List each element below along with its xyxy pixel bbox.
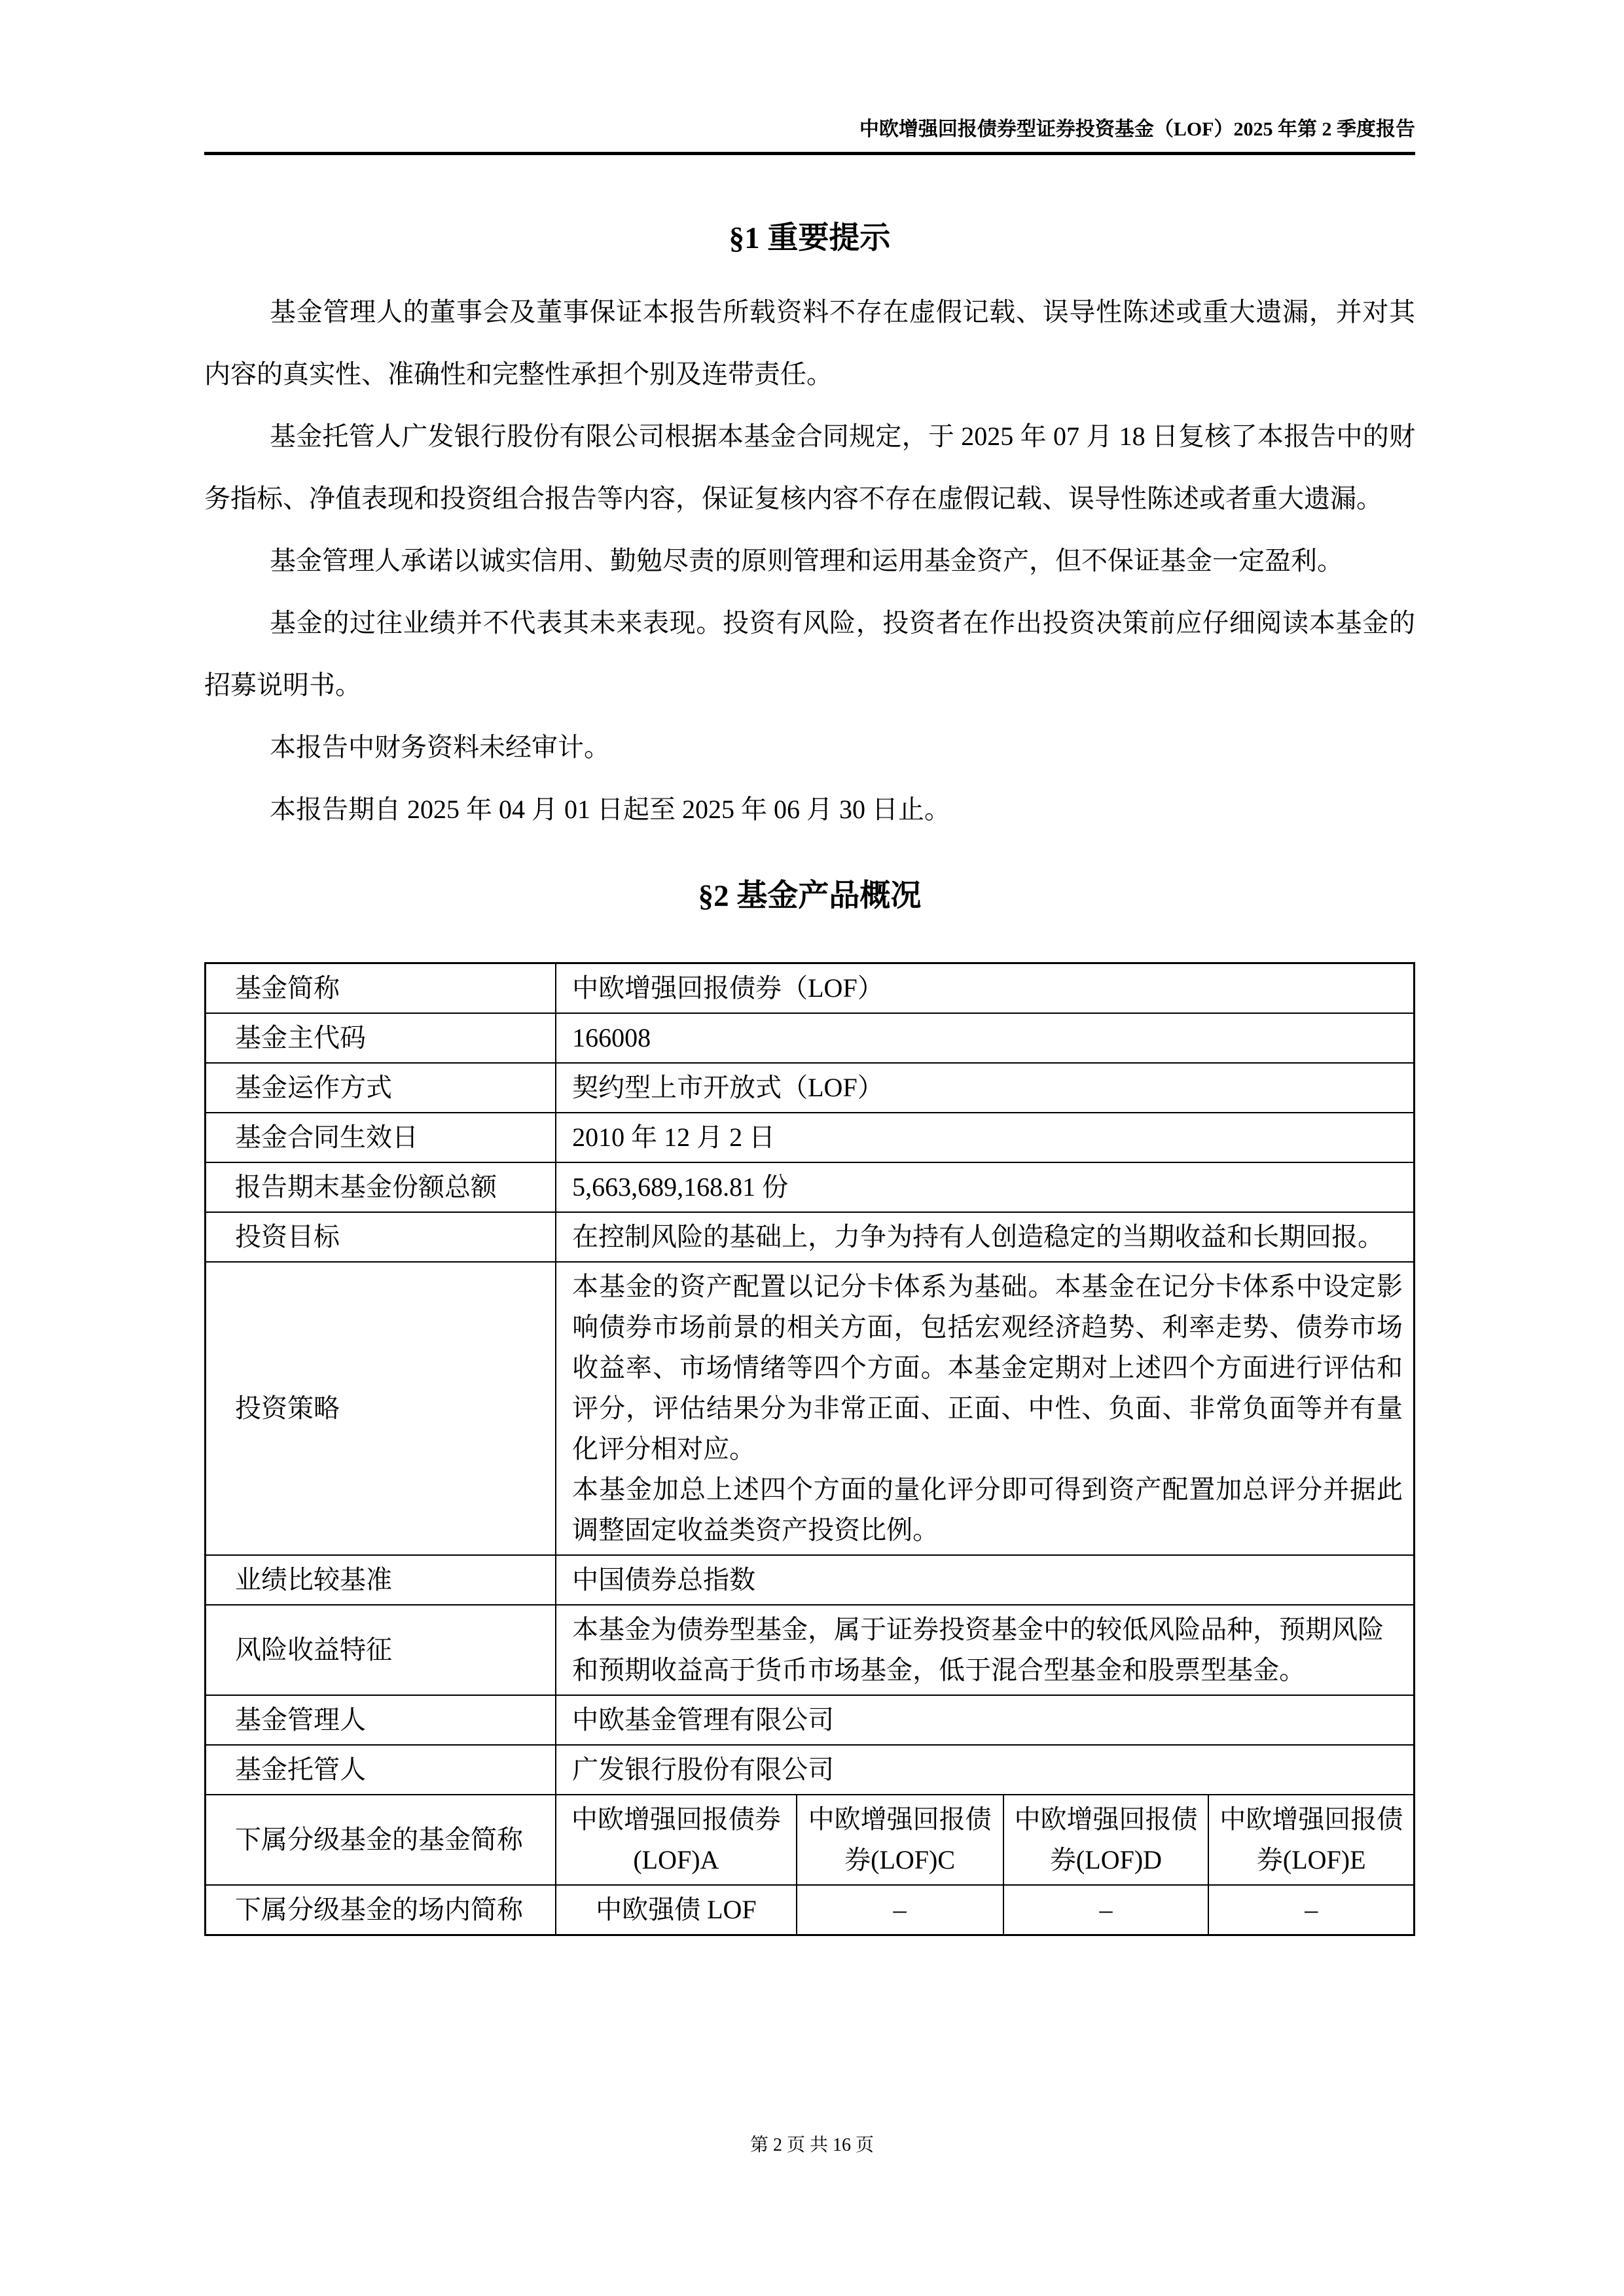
- row-label: 基金托管人: [206, 1745, 556, 1795]
- report-page: 中欧增强回报债券型证券投资基金（LOF）2025 年第 2 季度报告 §1 重要…: [0, 0, 1624, 2296]
- section2-title: §2 基金产品概况: [204, 877, 1415, 915]
- table-row: 基金主代码 166008: [206, 1013, 1415, 1063]
- sub-fund-name-cell: 中欧增强回报债券(LOF)E: [1208, 1795, 1414, 1885]
- row-label: 基金运作方式: [206, 1063, 556, 1113]
- row-value: 在控制风险的基础上，力争为持有人创造稳定的当期收益和长期回报。: [556, 1212, 1414, 1262]
- row-value: 166008: [556, 1013, 1414, 1063]
- page-footer: 第 2 页 共 16 页: [0, 2134, 1624, 2157]
- row-value: 广发银行股份有限公司: [556, 1745, 1414, 1795]
- row-label: 投资目标: [206, 1212, 556, 1262]
- row-label: 下属分级基金的基金简称: [206, 1795, 556, 1885]
- row-value: 本基金为债券型基金，属于证券投资基金中的较低风险品种，预期风险和预期收益高于货币…: [556, 1605, 1414, 1695]
- table-row: 投资策略 本基金的资产配置以记分卡体系为基础。本基金在记分卡体系中设定影响债券市…: [206, 1262, 1415, 1555]
- row-label: 基金主代码: [206, 1013, 556, 1063]
- page-content: 中欧增强回报债券型证券投资基金（LOF）2025 年第 2 季度报告 §1 重要…: [204, 0, 1415, 1936]
- sub-fund-ticker-cell: –: [797, 1885, 1003, 1935]
- notice-paragraph: 基金管理人的董事会及董事保证本报告所载资料不存在虚假记载、误导性陈述或重大遗漏，…: [204, 281, 1415, 405]
- table-row: 基金合同生效日 2010 年 12 月 2 日: [206, 1113, 1415, 1162]
- row-value: 中国债券总指数: [556, 1555, 1414, 1605]
- row-label: 基金简称: [206, 963, 556, 1014]
- table-row: 风险收益特征 本基金为债券型基金，属于证券投资基金中的较低风险品种，预期风险和预…: [206, 1605, 1415, 1695]
- page-number-text: 第 2 页 共 16 页: [750, 2135, 874, 2155]
- header-divider: [204, 152, 1415, 155]
- table-row: 下属分级基金的场内简称 中欧强债 LOF – – –: [206, 1885, 1415, 1935]
- row-label: 基金合同生效日: [206, 1113, 556, 1162]
- section1-title: §1 重要提示: [204, 219, 1415, 257]
- row-label: 报告期末基金份额总额: [206, 1162, 556, 1212]
- row-label: 基金管理人: [206, 1695, 556, 1745]
- sub-fund-ticker-cell: –: [1003, 1885, 1209, 1935]
- strategy-paragraph: 本基金的资产配置以记分卡体系为基础。本基金在记分卡体系中设定影响债券市场前景的相…: [572, 1266, 1403, 1469]
- row-value: 中欧增强回报债券（LOF）: [556, 963, 1414, 1014]
- table-row: 基金运作方式 契约型上市开放式（LOF）: [206, 1063, 1415, 1113]
- row-value: 本基金的资产配置以记分卡体系为基础。本基金在记分卡体系中设定影响债券市场前景的相…: [556, 1262, 1414, 1555]
- fund-overview-table: 基金简称 中欧增强回报债券（LOF） 基金主代码 166008 基金运作方式 契…: [204, 962, 1415, 1936]
- notice-paragraph: 本报告期自 2025 年 04 月 01 日起至 2025 年 06 月 30 …: [204, 778, 1415, 840]
- table-row: 基金托管人 广发银行股份有限公司: [206, 1745, 1415, 1795]
- row-label: 下属分级基金的场内简称: [206, 1885, 556, 1935]
- strategy-paragraph: 本基金加总上述四个方面的量化评分即可得到资产配置加总评分并据此调整固定收益类资产…: [572, 1469, 1403, 1551]
- table-row: 下属分级基金的基金简称 中欧增强回报债券(LOF)A 中欧增强回报债券(LOF)…: [206, 1795, 1415, 1885]
- row-value: 中欧基金管理有限公司: [556, 1695, 1414, 1745]
- table-row: 报告期末基金份额总额 5,663,689,168.81 份: [206, 1162, 1415, 1212]
- row-label: 投资策略: [206, 1262, 556, 1555]
- row-value: 契约型上市开放式（LOF）: [556, 1063, 1414, 1113]
- row-value: 5,663,689,168.81 份: [556, 1162, 1414, 1212]
- sub-fund-name-cell: 中欧增强回报债券(LOF)C: [797, 1795, 1003, 1885]
- table-row: 基金管理人 中欧基金管理有限公司: [206, 1695, 1415, 1745]
- row-label: 风险收益特征: [206, 1605, 556, 1695]
- notice-paragraph: 基金的过往业绩并不代表其未来表现。投资有风险，投资者在作出投资决策前应仔细阅读本…: [204, 592, 1415, 716]
- sub-fund-ticker-cell: –: [1208, 1885, 1414, 1935]
- notice-paragraph: 本报告中财务资料未经审计。: [204, 716, 1415, 778]
- table-row: 投资目标 在控制风险的基础上，力争为持有人创造稳定的当期收益和长期回报。: [206, 1212, 1415, 1262]
- row-value: 2010 年 12 月 2 日: [556, 1113, 1414, 1162]
- notice-paragraph: 基金管理人承诺以诚实信用、勤勉尽责的原则管理和运用基金资产，但不保证基金一定盈利…: [204, 529, 1415, 592]
- table-row: 基金简称 中欧增强回报债券（LOF）: [206, 963, 1415, 1014]
- row-label: 业绩比较基准: [206, 1555, 556, 1605]
- table-row: 业绩比较基准 中国债券总指数: [206, 1555, 1415, 1605]
- report-header-title: 中欧增强回报债券型证券投资基金（LOF）2025 年第 2 季度报告: [204, 118, 1415, 141]
- notice-paragraph: 基金托管人广发银行股份有限公司根据本基金合同规定，于 2025 年 07 月 1…: [204, 405, 1415, 529]
- sub-fund-ticker-cell: 中欧强债 LOF: [556, 1885, 797, 1935]
- sub-fund-name-cell: 中欧增强回报债券(LOF)D: [1003, 1795, 1209, 1885]
- sub-fund-name-cell: 中欧增强回报债券(LOF)A: [556, 1795, 797, 1885]
